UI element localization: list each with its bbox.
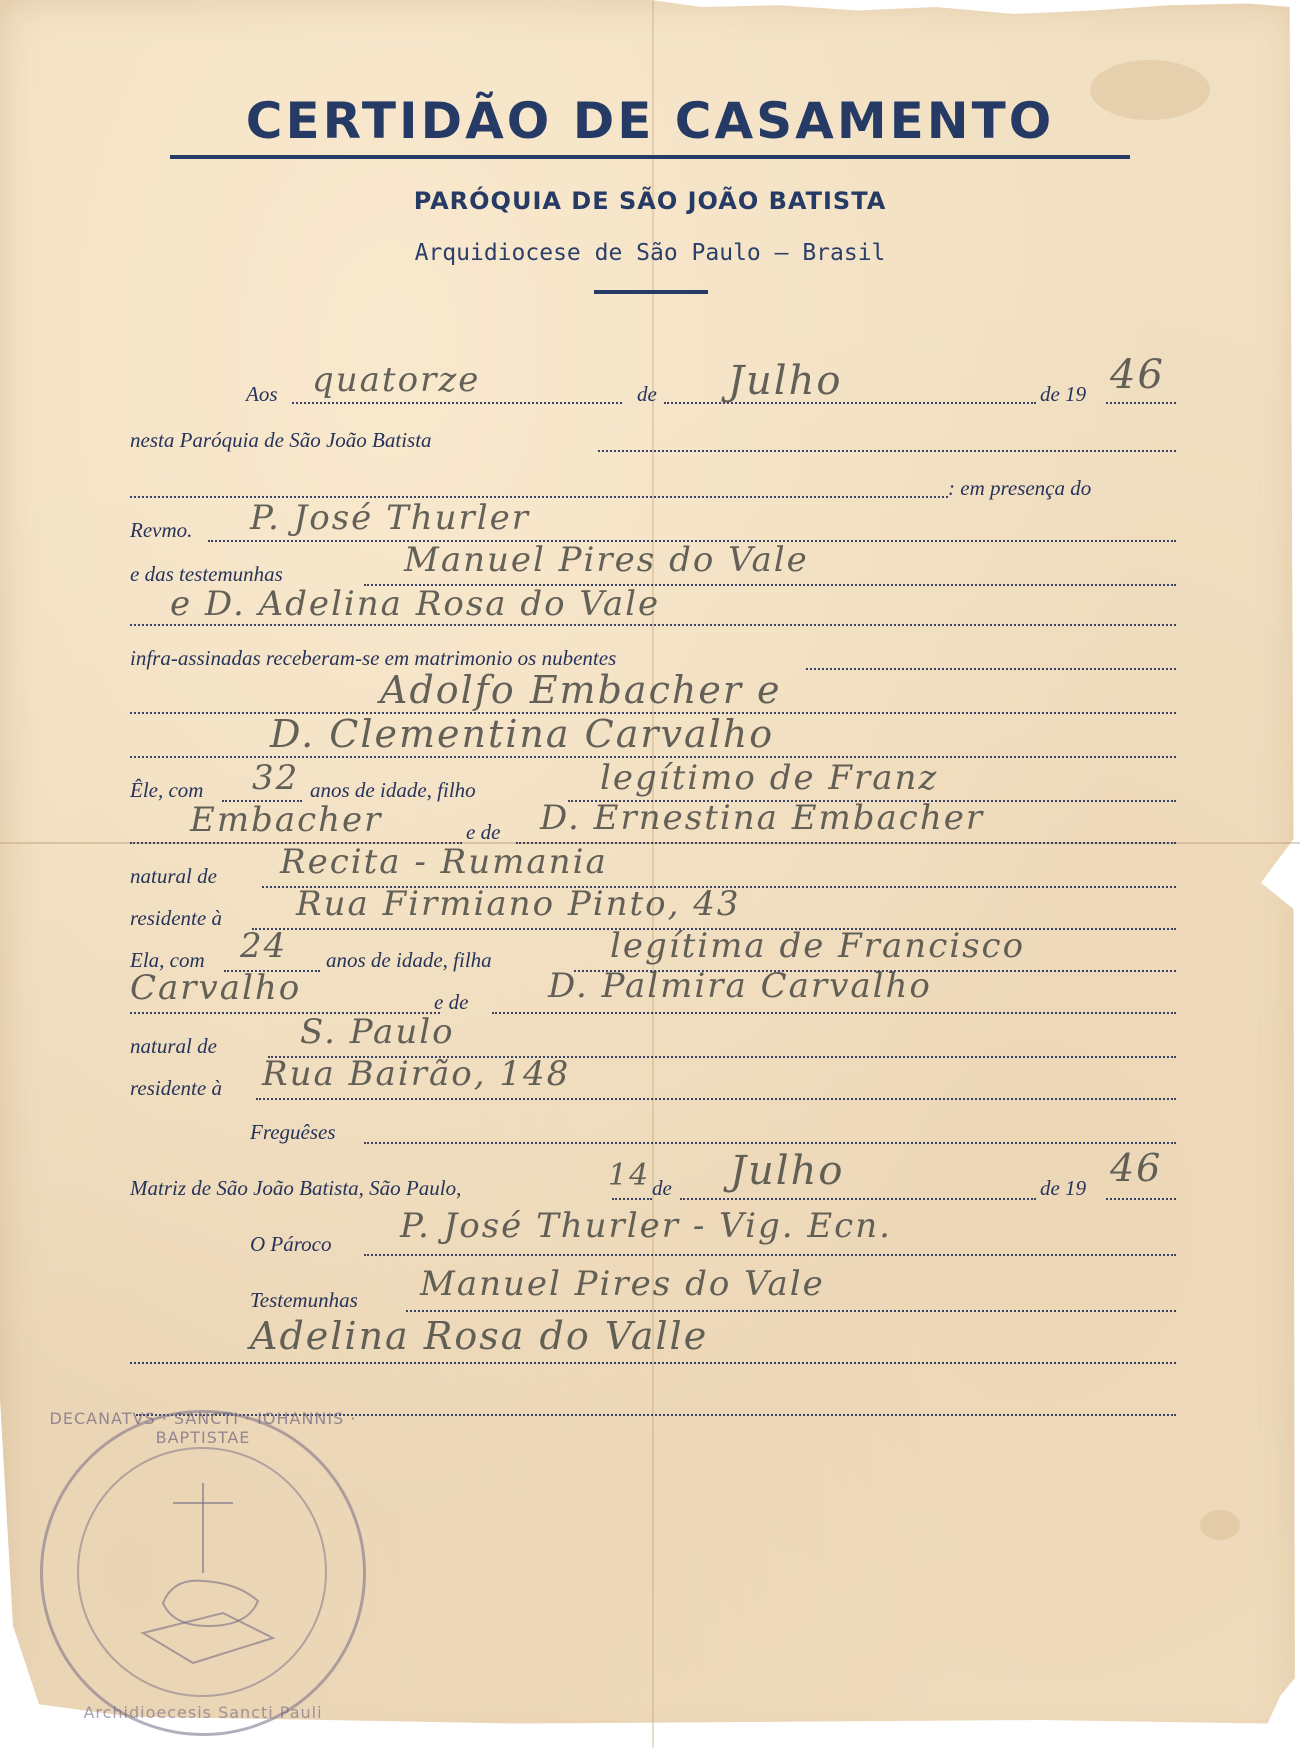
testemunha1-signature: Manuel Pires do Vale [420,1264,825,1304]
witness1-value: Manuel Pires do Vale [404,540,809,580]
bride-residente-field[interactable] [256,1098,1176,1100]
priest-value: P. José Thurler [250,498,530,538]
header-divider [594,290,708,294]
bride-father2-value: Carvalho [130,968,301,1008]
groom-value: Adolfo Embacher e [380,668,782,712]
groom-natural-value: Recita - Rumania [280,842,608,882]
ela-anos-label: anos de idade, filha [326,948,492,973]
bride-residente-value: Rua Bairão, 148 [262,1054,570,1094]
testemunhas-label: Testemunhas [250,1288,358,1313]
year-value: 46 [1110,352,1165,398]
diocese-name: Arquidiocese de São Paulo — Brasil [170,240,1130,266]
groom-residente-value: Rua Firmiano Pinto, 43 [296,884,741,924]
groom-natural-label: natural de [130,864,217,889]
parish-line-field[interactable] [598,450,1176,452]
bride-value: D. Clementina Carvalho [270,712,774,756]
bride-age-value: 24 [240,926,287,966]
bride-natural-label: natural de [130,1034,217,1059]
witness2-field[interactable] [130,624,1176,626]
presence-label: : em presença do [948,476,1091,501]
title-underline [170,155,1130,159]
month-value: Julho [728,358,842,404]
sign-day-value: 14 [608,1158,650,1193]
lamb-and-cross-icon [103,1463,303,1683]
sign-month-value: Julho [730,1148,844,1194]
paroco-signature: P. José Thurler - Vig. Ecn. [400,1206,892,1246]
parish-line-label: nesta Paróquia de São João Batista [130,428,432,453]
day-value: quatorze [312,360,480,400]
seal-top-text: DECANATVS · SANCTI · IOHANNIS · BAPTISTA… [43,1409,363,1447]
groom-father-value: legítimo de Franz [600,758,938,798]
testemunha2-signature: Adelina Rosa do Valle [250,1314,708,1358]
groom-residente-label: residente à [130,906,222,931]
sign-month-field[interactable] [680,1198,1036,1200]
nubentes-field[interactable] [806,668,1176,670]
paroco-signature-field[interactable] [364,1254,1176,1256]
month-field[interactable] [664,402,1036,404]
fregueses-field[interactable] [364,1142,1176,1144]
year-field[interactable] [1106,402,1176,404]
revmo-label: Revmo. [130,518,192,543]
groom-mother-field[interactable] [516,842,1176,844]
groom-mother-value: D. Ernestina Embacher [540,798,984,838]
bride-father-value: legítima de Francisco [610,926,1025,966]
seal-bottom-text: Archidioecesis Sancti Pauli [43,1703,363,1722]
year-label: de 19 [1040,382,1086,407]
bride-mother-field[interactable] [492,1012,1176,1014]
matriz-label: Matriz de São João Batista, São Paulo, [130,1176,461,1201]
sign-de-label: de [652,1176,672,1201]
sign-day-field[interactable] [612,1198,652,1200]
testemunha2-signature-field[interactable] [130,1362,1176,1364]
paper-stain [1200,1510,1240,1540]
groom-age-value: 32 [252,758,299,798]
parish-name: PARÓQUIA DE SÃO JOÃO BATISTA [170,187,1130,215]
fregueses-label: Freguêses [250,1120,336,1145]
aos-label: Aos [246,382,278,407]
paroco-label: O Pároco [250,1232,331,1257]
page-title: CERTIDÃO DE CASAMENTO [170,92,1130,150]
bride-residente-label: residente à [130,1076,222,1101]
sign-year-field[interactable] [1106,1198,1176,1200]
bride-mother-value: D. Palmira Carvalho [548,966,932,1006]
testemunha1-signature-field[interactable] [406,1310,1176,1312]
groom-father2-value: Embacher [190,800,382,840]
sign-year-label: de 19 [1040,1176,1086,1201]
parish-seal-stamp: DECANATVS · SANCTI · IOHANNIS · BAPTISTA… [40,1410,366,1736]
day-field[interactable] [292,402,622,404]
sign-year-value: 46 [1110,1146,1162,1190]
bride-natural-value: S. Paulo [300,1012,455,1052]
witness2-value: e D. Adelina Rosa do Vale [170,584,660,624]
de-label: de [637,382,657,407]
